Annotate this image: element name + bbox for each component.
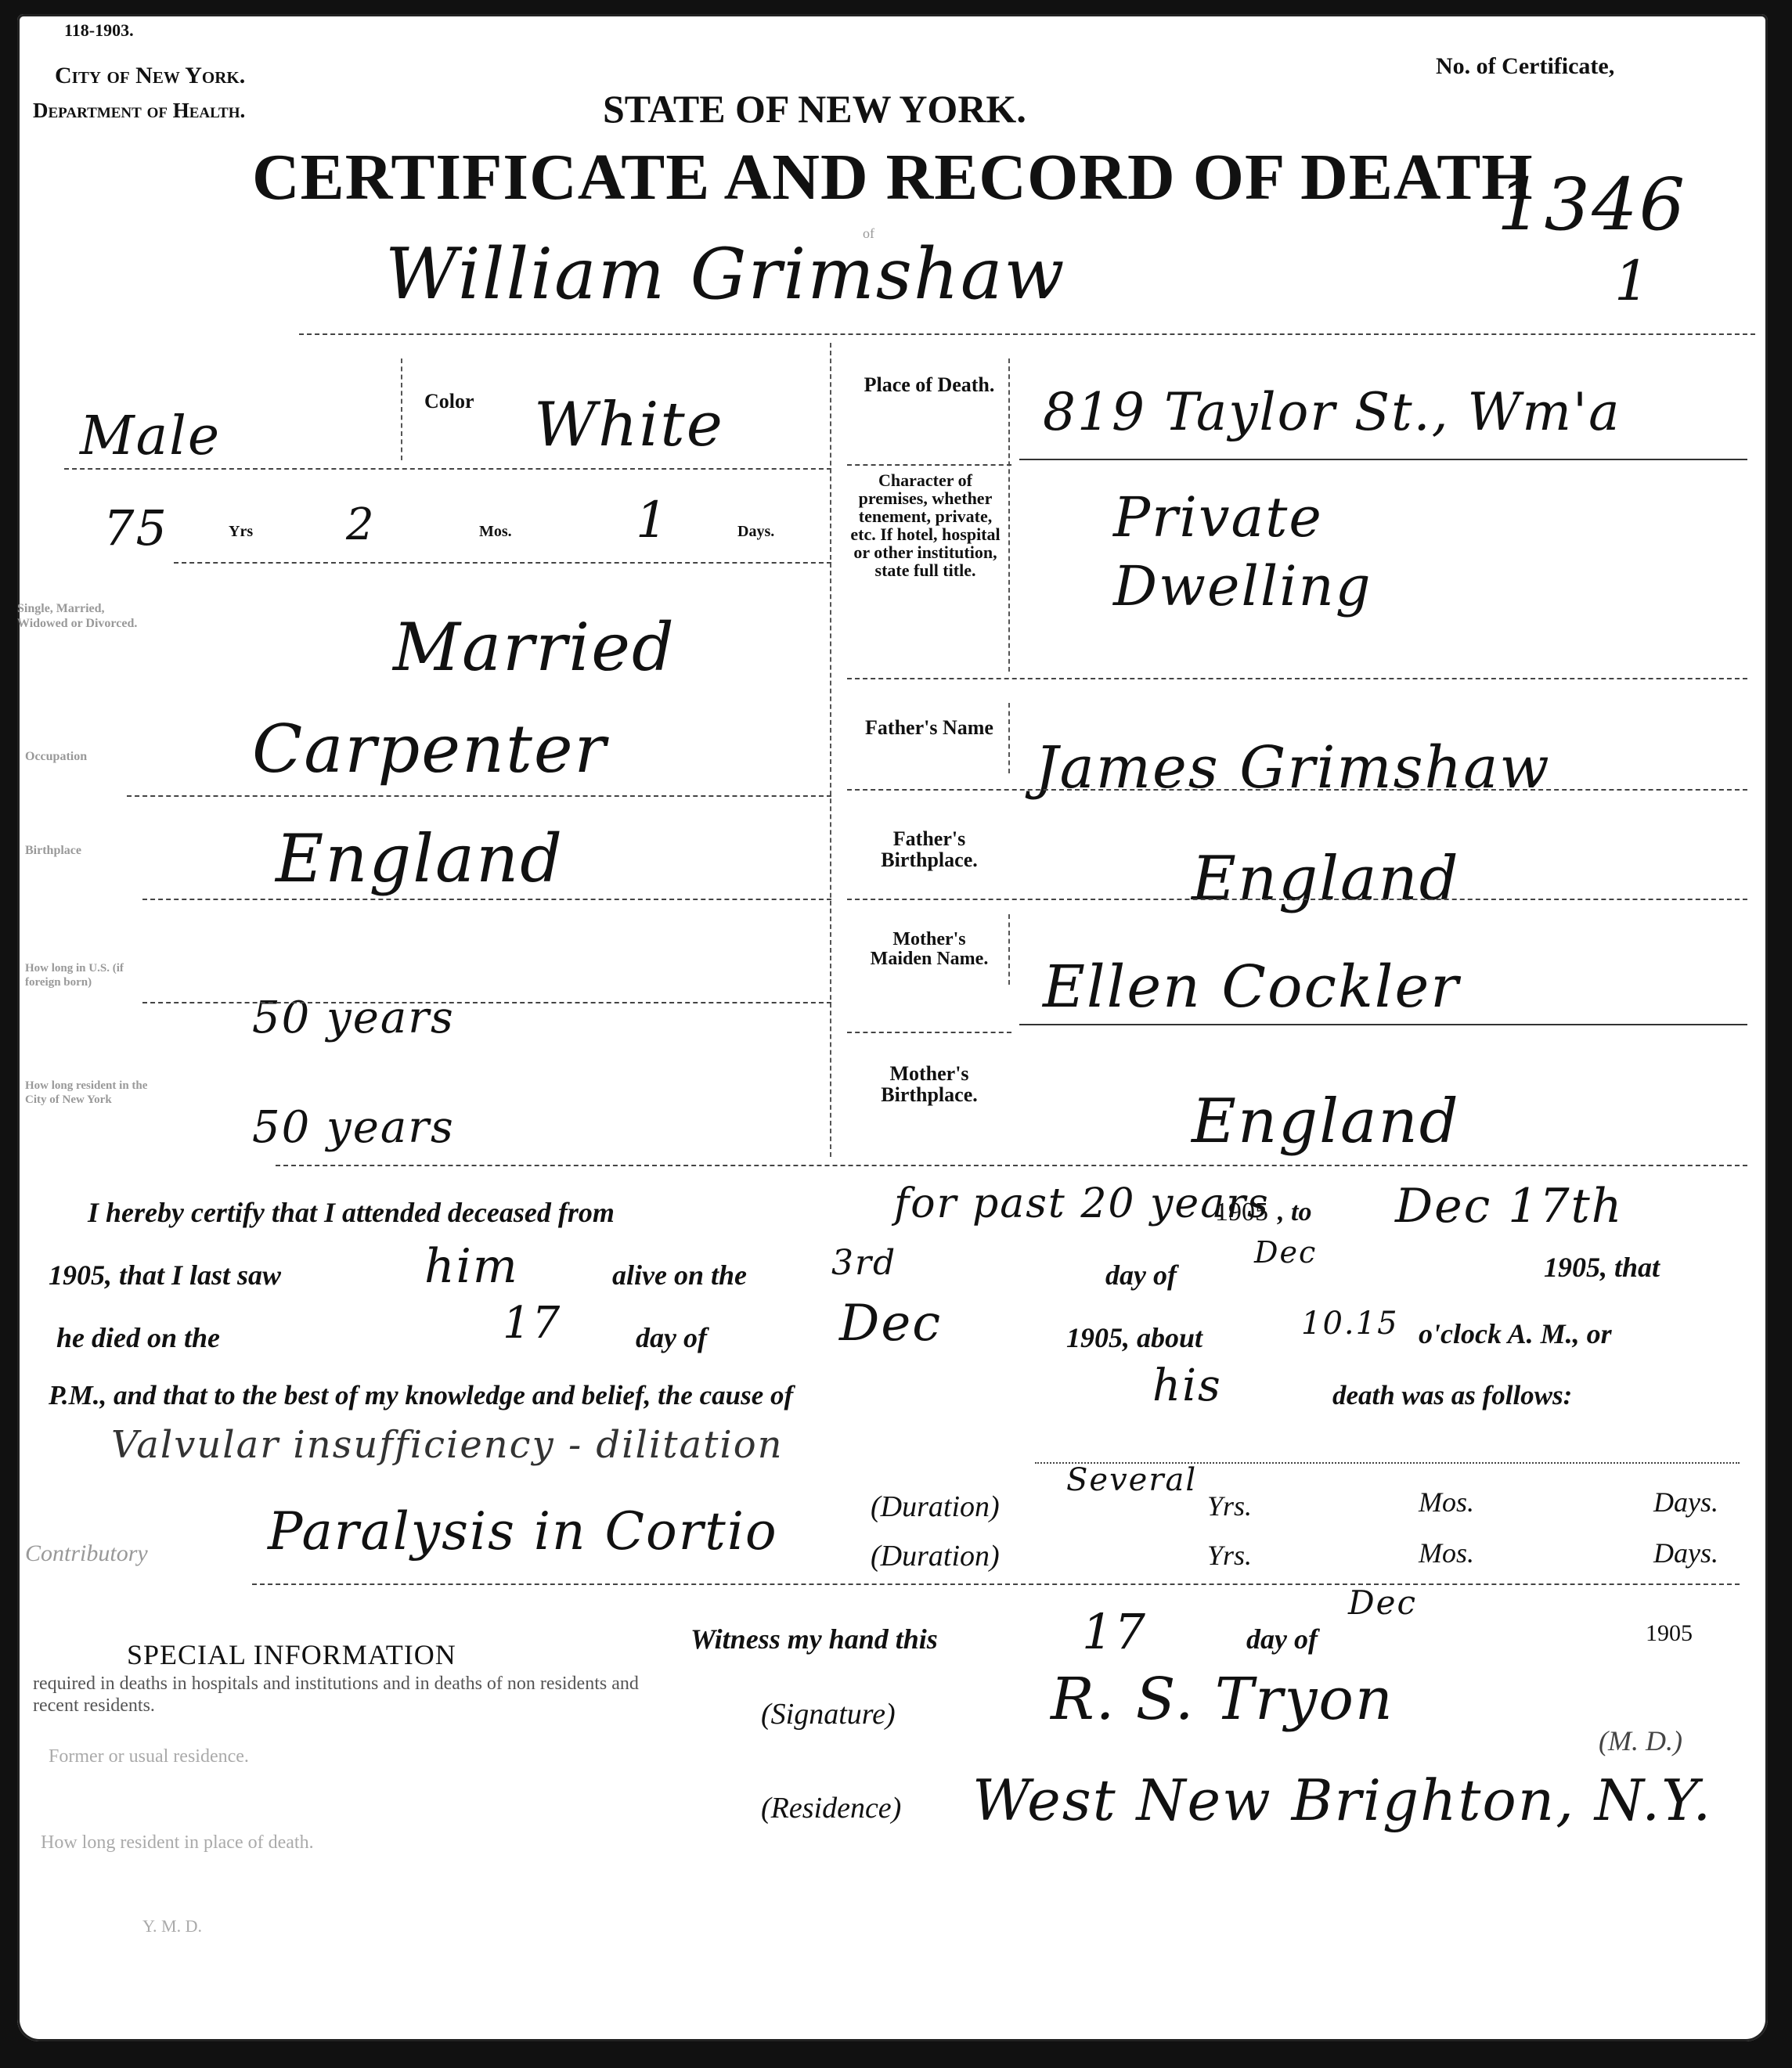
divider <box>142 1002 831 1003</box>
signature-value: R. S. Tryon <box>1051 1666 1394 1733</box>
certify-line-4: P.M., and that to the best of my knowled… <box>49 1380 793 1411</box>
mother-birthplace-value: England <box>1192 1086 1460 1157</box>
cause-contributory: Paralysis in Cortio <box>268 1501 778 1562</box>
divider <box>174 562 831 564</box>
years-in-city-value: 50 years <box>252 1102 455 1153</box>
divider <box>847 789 1747 791</box>
age-years-label: Yrs <box>229 523 253 541</box>
duration-label-2: (Duration) <box>871 1539 1000 1573</box>
alive-on-the: alive on the <box>612 1259 747 1292</box>
year-3: 1905, about <box>1066 1321 1202 1354</box>
divider <box>847 1032 1011 1033</box>
special-information-subtitle: required in deaths in hospitals and inst… <box>33 1673 675 1717</box>
father-name-value: James Grimshaw <box>1035 734 1551 802</box>
divider <box>252 1583 1740 1585</box>
divider <box>1008 703 1010 773</box>
pronoun-2: his <box>1152 1360 1222 1411</box>
form-number: 118-1903. <box>64 20 134 41</box>
age-days-label: Days. <box>737 523 774 541</box>
state-header: STATE OF NEW YORK. <box>603 86 1026 132</box>
day-of-1: day of <box>1105 1259 1177 1292</box>
days-label-2: Days. <box>1653 1537 1718 1569</box>
divider <box>142 899 831 900</box>
deceased-name: William Grimshaw <box>385 233 1066 315</box>
premises-label: Character of premises, whether tenement,… <box>847 471 1004 580</box>
day-of-2: day of <box>636 1321 707 1354</box>
years-in-city-label: How long resident in the City of New Yor… <box>25 1079 158 1107</box>
divider <box>276 1165 1747 1166</box>
birthplace-label: Birthplace <box>25 844 81 858</box>
divider <box>847 899 1747 900</box>
divider <box>1008 914 1010 985</box>
sex-value: Male <box>80 405 221 467</box>
certify-line-1: I hereby certify that I attended decease… <box>88 1196 615 1229</box>
mother-birthplace-label: Mother's Birthplace. <box>863 1063 996 1106</box>
death-month: Dec <box>839 1295 942 1353</box>
last-seen-day: 3rd <box>831 1243 896 1283</box>
death-time: 10.15 <box>1301 1306 1399 1342</box>
certificate-number-label: No. of Certificate, <box>1436 53 1614 80</box>
duration-label-1: (Duration) <box>871 1490 1000 1524</box>
age-days: 1 <box>636 492 669 549</box>
color-label: Color <box>424 390 474 413</box>
occupation-label: Occupation <box>25 750 87 764</box>
father-name-label: Father's Name <box>863 717 996 738</box>
marital-status: Married <box>393 609 676 686</box>
last-seen-month: Dec <box>1254 1235 1317 1270</box>
witness-month: Dec <box>1348 1583 1417 1622</box>
contributory-label: Contributory <box>25 1540 148 1567</box>
attended-from: for past 20 years <box>894 1180 1270 1227</box>
witness-day-of: day of <box>1246 1623 1318 1655</box>
yrs-label-1: Yrs. <box>1207 1490 1252 1522</box>
divider <box>847 464 1011 466</box>
divider <box>127 795 831 797</box>
father-birthplace-value: England <box>1192 844 1460 914</box>
certify-line-2: 1905, that I last saw <box>49 1259 281 1292</box>
attended-to: Dec 17th <box>1395 1179 1623 1234</box>
years-in-us-label: How long in U.S. (if foreign born) <box>25 961 158 989</box>
signature-label: (Signature) <box>761 1697 896 1731</box>
place-of-death-value: 819 Taylor St., Wm'a <box>1043 382 1621 442</box>
days-label-1: Days. <box>1653 1486 1718 1519</box>
cause-primary: Valvular insufficiency - dilitation <box>111 1423 784 1467</box>
clock-suffix: o'clock A. M., or <box>1419 1317 1612 1350</box>
color-value: White <box>534 390 724 460</box>
death-day: 17 <box>503 1298 561 1349</box>
divider <box>847 678 1747 679</box>
year-2: 1905, that <box>1544 1251 1660 1284</box>
certificate-number: 1346 <box>1497 163 1686 247</box>
age-months: 2 <box>346 499 376 550</box>
yrs-label-2: Yrs. <box>1207 1539 1252 1572</box>
place-of-death-label: Place of Death. <box>863 374 996 395</box>
divider <box>1008 358 1010 672</box>
years-in-us-value: 50 years <box>252 993 455 1043</box>
department-header: Department of Health. <box>33 99 245 123</box>
mother-maiden-value: Ellen Cockler <box>1043 953 1460 1021</box>
occupation-value: Carpenter <box>252 711 608 787</box>
mos-label-2: Mos. <box>1419 1537 1474 1569</box>
divider <box>64 468 831 470</box>
certificate-title: CERTIFICATE AND RECORD OF DEATH <box>252 139 1534 215</box>
residence-value: West New Brighton, N.Y. <box>972 1767 1712 1833</box>
footnote: Y. M. D. <box>142 1916 202 1936</box>
mother-maiden-label: Mother's Maiden Name. <box>863 930 996 969</box>
residence-label: (Residence) <box>761 1791 901 1825</box>
birthplace-value: England <box>276 820 564 897</box>
witness-day: 17 <box>1082 1603 1147 1660</box>
year-1: 1905 <box>1215 1198 1268 1227</box>
former-residence-label: Former or usual residence. <box>49 1744 283 1771</box>
certify-line-3: he died on the <box>56 1321 220 1354</box>
witness-prefix: Witness my hand this <box>690 1623 938 1655</box>
divider <box>1019 1024 1747 1025</box>
divider <box>401 358 402 460</box>
witness-year: 1905 <box>1646 1620 1693 1647</box>
duration-primary: Several <box>1066 1462 1197 1498</box>
city-header: City of New York. <box>55 63 245 89</box>
how-long-label: How long resident in place of death. <box>41 1830 323 1857</box>
column-divider <box>830 343 831 1157</box>
premises-value: Private Dwelling <box>1113 484 1505 621</box>
special-information-title: SPECIAL INFORMATION <box>127 1638 456 1671</box>
father-birthplace-label: Father's Birthplace. <box>863 828 996 871</box>
to-word: , to <box>1278 1198 1311 1227</box>
death-certificate: 118-1903. City of New York. Department o… <box>17 14 1768 2041</box>
divider <box>1019 459 1747 460</box>
certify-line-4-suffix: death was as follows: <box>1332 1380 1572 1411</box>
divider <box>299 333 1755 335</box>
pronoun-1: him <box>424 1239 519 1294</box>
md-label: (M. D.) <box>1599 1724 1682 1757</box>
deceased-name-suffix: 1 <box>1614 249 1651 313</box>
marital-label: Single, Married, Widowed or Divorced. <box>17 601 142 631</box>
age-years: 75 <box>103 499 168 557</box>
mos-label-1: Mos. <box>1419 1486 1474 1519</box>
age-months-label: Mos. <box>479 523 512 541</box>
